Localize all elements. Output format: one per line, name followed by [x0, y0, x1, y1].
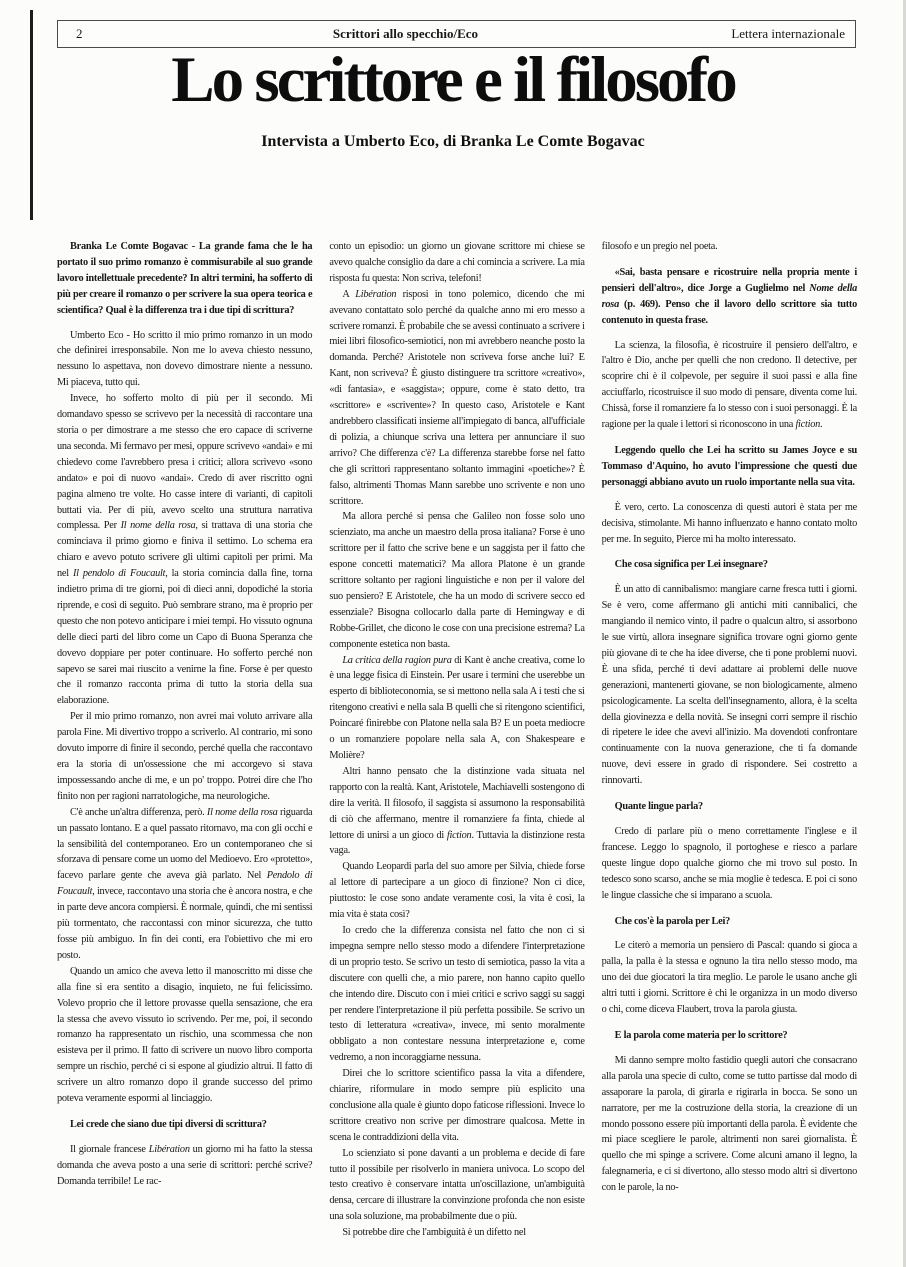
body-paragraph: Lo scienziato si pone davanti a un probl… — [329, 1146, 584, 1226]
interview-question: Lei crede che siano due tipi diversi di … — [57, 1117, 312, 1133]
scan-artifact-line — [30, 10, 33, 220]
text-column-2: conto un episodio: un giorno un giovane … — [329, 239, 584, 1259]
page-number: 2 — [58, 26, 136, 42]
publication-name: Lettera internazionale — [675, 26, 855, 42]
body-paragraph: La scienza, la filosofia, è ricostruire … — [602, 338, 857, 433]
body-paragraph: Umberto Eco - Ho scritto il mio primo ro… — [57, 328, 312, 392]
body-paragraph: C'è anche un'altra differenza, però. Il … — [57, 805, 312, 964]
body-paragraph: Le citerò a memoria un pensiero di Pasca… — [602, 938, 857, 1018]
body-paragraph: Credo di parlare più o meno correttament… — [602, 824, 857, 904]
body-paragraph: Si potrebbe dire che l'ambiguità è un di… — [329, 1225, 584, 1241]
body-paragraph: Altri hanno pensato che la distinzione v… — [329, 764, 584, 859]
body-paragraph: La critica della ragion pura di Kant è a… — [329, 653, 584, 764]
section-title: Scrittori allo specchio/Eco — [136, 26, 675, 42]
body-paragraph: È vero, certo. La conoscenza di questi a… — [602, 500, 857, 548]
interview-question: E la parola come materia per lo scrittor… — [602, 1028, 857, 1044]
interview-question: Quante lingue parla? — [602, 799, 857, 815]
text-column-3: filosofo e un pregio nel poeta.«Sai, bas… — [602, 239, 857, 1259]
body-paragraph: conto un episodio: un giorno un giovane … — [329, 239, 584, 287]
body-paragraph: Ma allora perché si pensa che Galileo no… — [329, 509, 584, 652]
article-deck: Intervista a Umberto Eco, di Branka Le C… — [0, 133, 906, 151]
body-paragraph: Invece, ho sofferto molto di più per il … — [57, 391, 312, 709]
text-column-1: Branka Le Comte Bogavac - La grande fama… — [57, 239, 312, 1259]
body-paragraph: filosofo e un pregio nel poeta. — [602, 239, 857, 255]
interview-question: Che cosa significa per Lei insegnare? — [602, 557, 857, 573]
body-paragraph: Direi che lo scrittore scientifico passa… — [329, 1066, 584, 1146]
article-body: Branka Le Comte Bogavac - La grande fama… — [57, 239, 857, 1259]
body-paragraph: A Libération risposi in tono polemico, d… — [329, 287, 584, 510]
interview-question: Che cos'è la parola per Lei? — [602, 914, 857, 930]
body-paragraph: Per il mio primo romanzo, non avrei mai … — [57, 709, 312, 804]
body-paragraph: Il giornale francese Libération un giorn… — [57, 1142, 312, 1190]
article-headline: Lo scrittore e il filosofo — [0, 46, 906, 114]
body-paragraph: Quando Leopardi parla del suo amore per … — [329, 859, 584, 923]
body-paragraph: Io credo che la differenza consista nel … — [329, 923, 584, 1066]
interview-question: Leggendo quello che Lei ha scritto su Ja… — [602, 443, 857, 491]
interview-question: «Sai, basta pensare e ricostruire nella … — [602, 265, 857, 329]
body-paragraph: Mi danno sempre molto fastidio quegli au… — [602, 1053, 857, 1196]
body-paragraph: È un atto di cannibalismo: mangiare carn… — [602, 582, 857, 789]
magazine-page: 2 Scrittori allo specchio/Eco Lettera in… — [0, 0, 906, 1267]
body-paragraph: Quando un amico che aveva letto il manos… — [57, 964, 312, 1107]
interview-question: Branka Le Comte Bogavac - La grande fama… — [57, 239, 312, 319]
